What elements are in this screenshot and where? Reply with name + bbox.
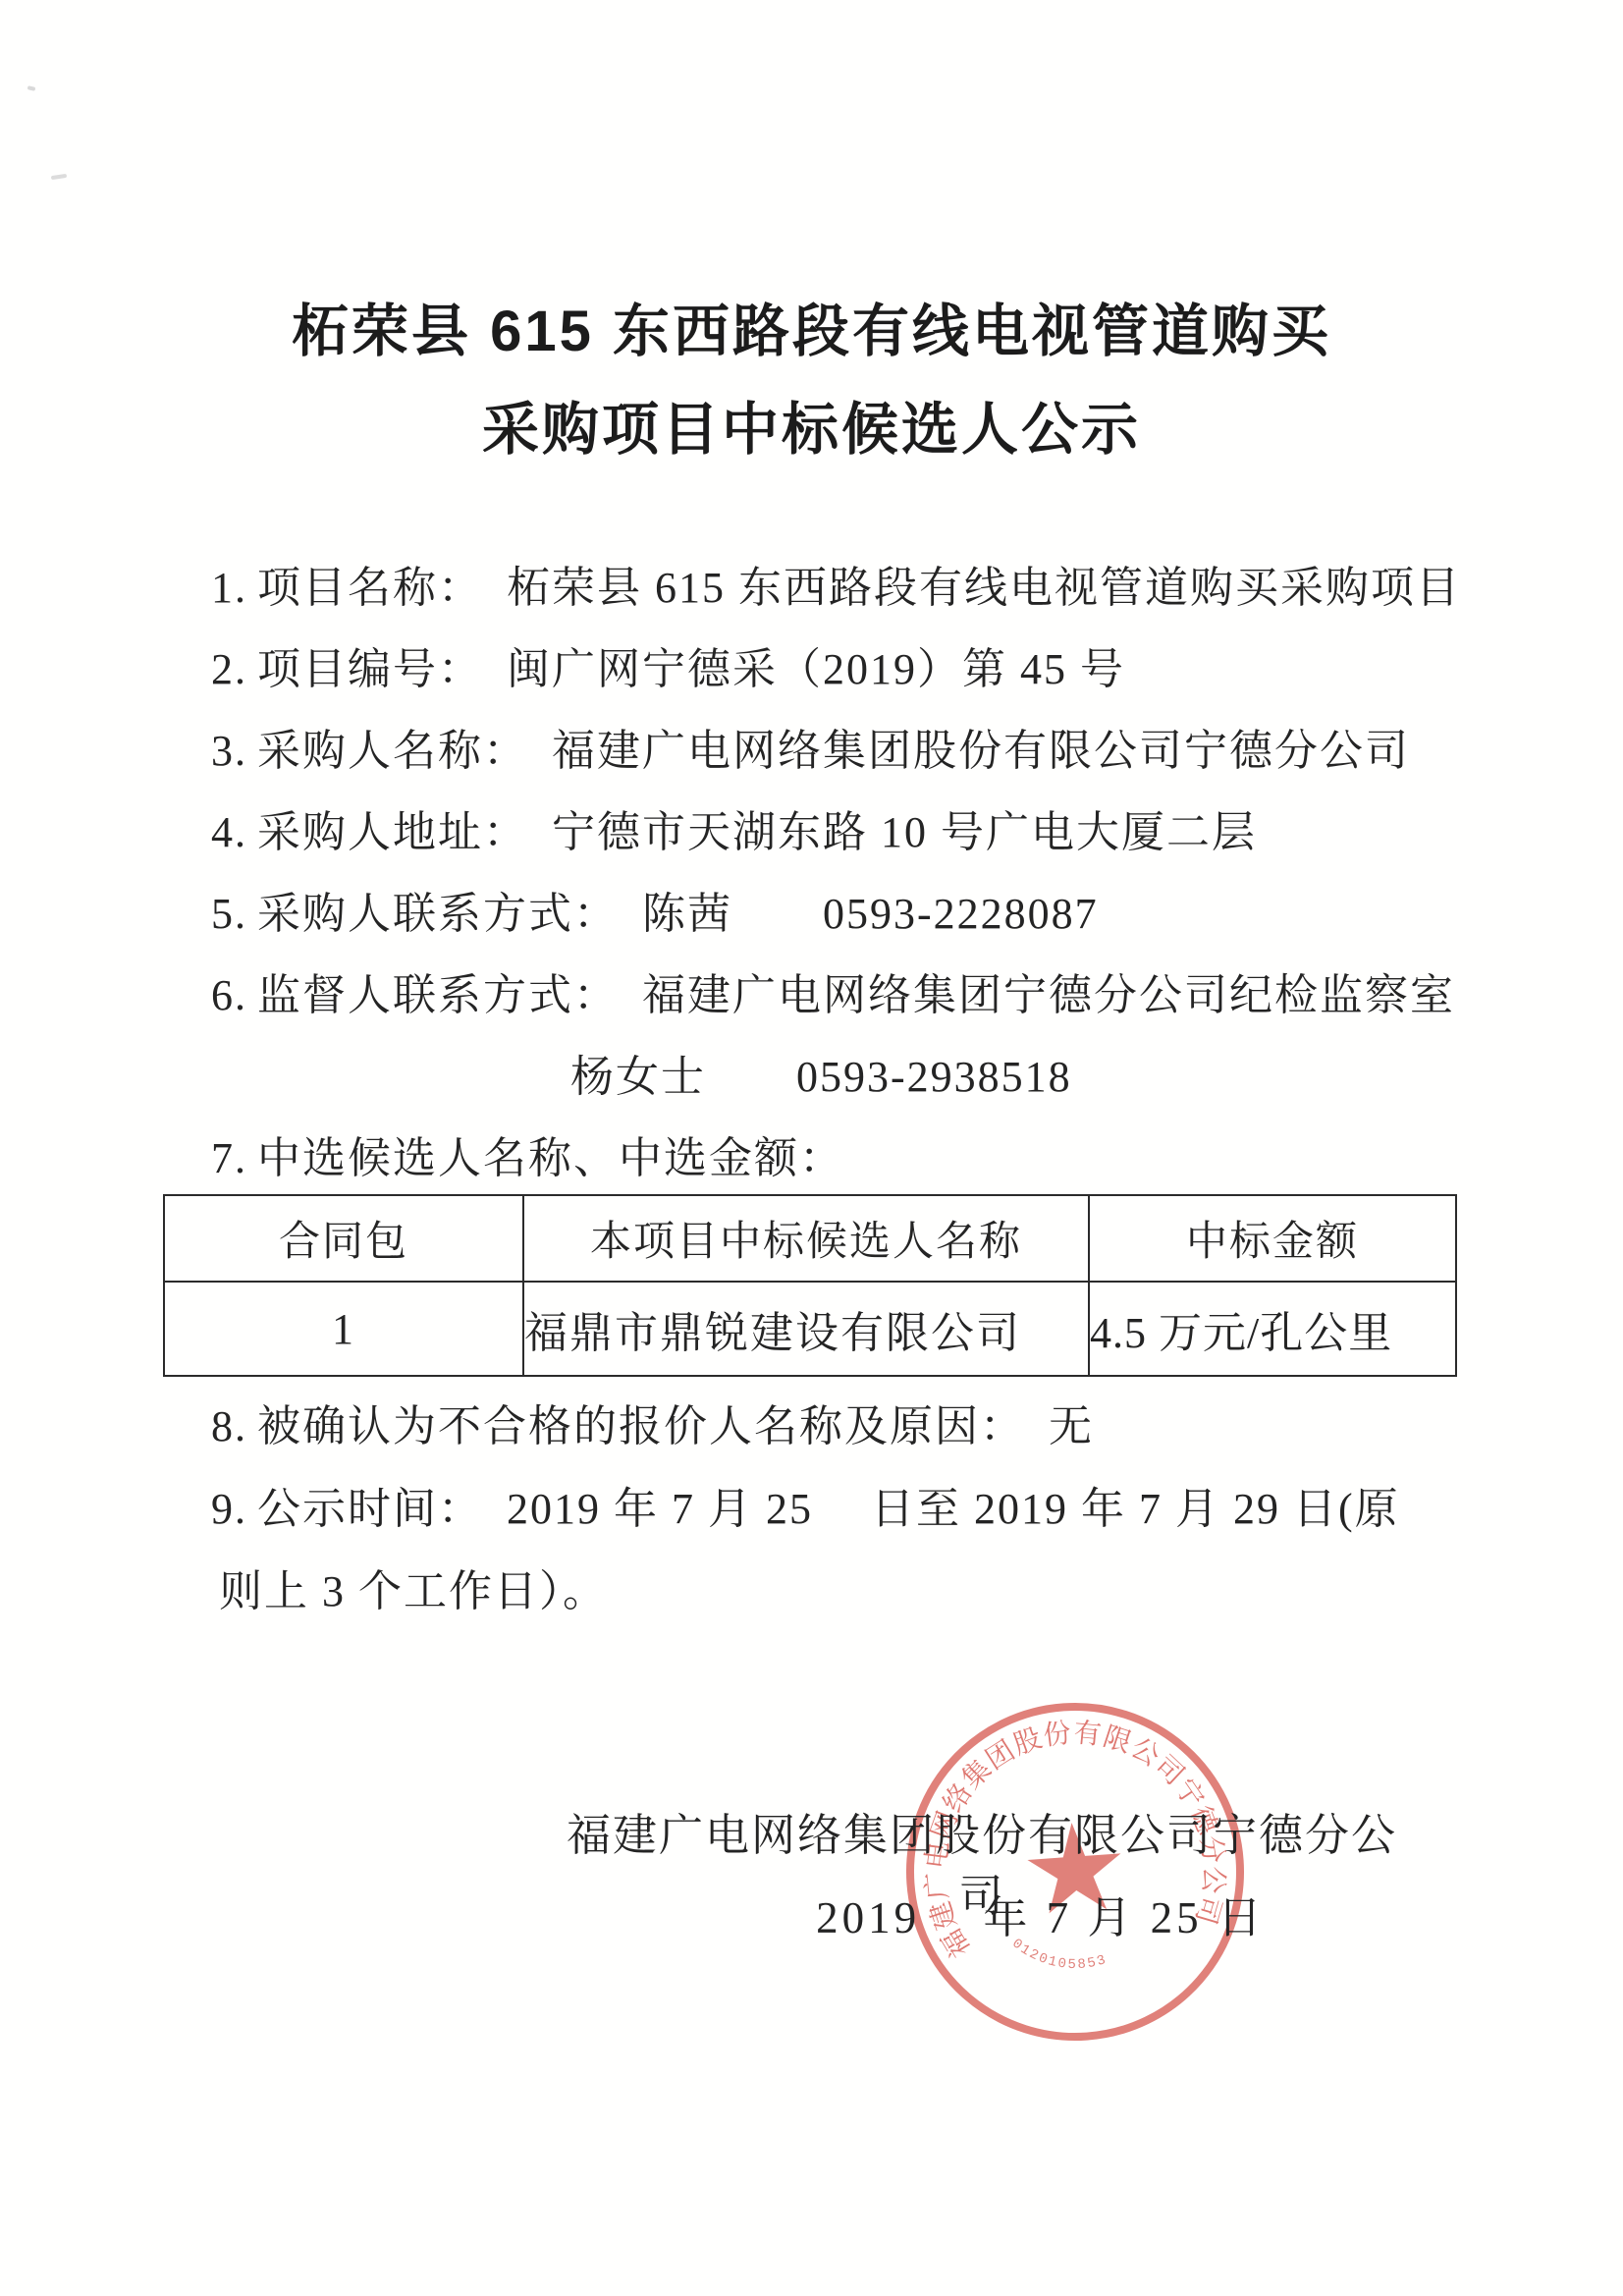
- item-text: 被确认为不合格的报价人名称及原因： 无: [257, 1402, 1094, 1450]
- scan-artifact: [27, 85, 36, 91]
- document-title: 柘荣县 615 东西路段有线电视管道购买 采购项目中标候选人公示: [0, 283, 1623, 479]
- supervisor-contact: 杨女士 0593-2938518: [570, 1053, 1072, 1101]
- item-number: 6.: [211, 971, 247, 1019]
- list-item-6: 6.监督人联系方式： 福建广电网络集团宁德分公司纪检监察室: [211, 965, 1476, 1026]
- item-number: 1.: [211, 564, 247, 612]
- item-number: 7.: [211, 1134, 247, 1182]
- signature-date: 2019 年 7 月 25 日: [746, 1887, 1335, 1948]
- item-text: 公示时间： 2019 年 7 月 25 日至 2019 年 7 月 29 日(原: [257, 1485, 1400, 1533]
- item-text: 采购人名称： 福建广电网络集团股份有限公司宁德分公司: [257, 727, 1410, 775]
- table-row: 1 福鼎市鼎锐建设有限公司 4.5 万元/孔公里: [164, 1282, 1456, 1376]
- item-number: 4.: [211, 808, 247, 856]
- item-number: 2.: [211, 645, 247, 693]
- item-text: 则上 3 个工作日）。: [219, 1567, 608, 1615]
- header-candidate-name: 本项目中标候选人名称: [523, 1195, 1089, 1282]
- header-award-amount: 中标金额: [1089, 1195, 1456, 1282]
- cell-award-amount: 4.5 万元/孔公里: [1089, 1282, 1456, 1376]
- item-text: 监督人联系方式： 福建广电网络集团宁德分公司纪检监察室: [257, 971, 1455, 1019]
- scan-artifact: [51, 174, 67, 180]
- item-text: 采购人联系方式： 陈茜 0593-2228087: [257, 890, 1099, 938]
- item-number: 8.: [211, 1402, 247, 1450]
- item-list-bottom: 8.被确认为不合格的报价人名称及原因： 无 9.公示时间： 2019 年 7 月…: [211, 1396, 1476, 1644]
- item-list-top: 1.项目名称： 柘荣县 615 东西路段有线电视管道购买采购项目 2.项目编号：…: [211, 558, 1476, 1210]
- award-table: 合同包 本项目中标候选人名称 中标金额 1 福鼎市鼎锐建设有限公司 4.5 万元…: [163, 1194, 1457, 1377]
- header-contract-package: 合同包: [164, 1195, 523, 1282]
- list-item-6-continuation: 杨女士 0593-2938518: [211, 1047, 1476, 1108]
- item-number: 9.: [211, 1485, 247, 1533]
- list-item-1: 1.项目名称： 柘荣县 615 东西路段有线电视管道购买采购项目: [211, 558, 1476, 619]
- item-text: 采购人地址： 宁德市天湖东路 10 号广电大厦二层: [257, 808, 1257, 856]
- list-item-9-continuation: 则上 3 个工作日）。: [211, 1561, 1476, 1622]
- list-item-2: 2.项目编号： 闽广网宁德采（2019）第 45 号: [211, 639, 1476, 700]
- list-item-9: 9.公示时间： 2019 年 7 月 25 日至 2019 年 7 月 29 日…: [211, 1479, 1476, 1540]
- item-number: 5.: [211, 890, 247, 938]
- list-item-8: 8.被确认为不合格的报价人名称及原因： 无: [211, 1396, 1476, 1457]
- cell-candidate-name: 福鼎市鼎锐建设有限公司: [523, 1282, 1089, 1376]
- list-item-7: 7.中选候选人名称、中选金额：: [211, 1128, 1476, 1189]
- item-number: 3.: [211, 727, 247, 775]
- cell-contract-package: 1: [164, 1282, 523, 1376]
- list-item-3: 3.采购人名称： 福建广电网络集团股份有限公司宁德分公司: [211, 721, 1476, 782]
- title-line-2: 采购项目中标候选人公示: [0, 381, 1623, 479]
- item-text: 项目编号： 闽广网宁德采（2019）第 45 号: [257, 645, 1125, 693]
- item-text: 中选候选人名称、中选金额：: [257, 1134, 844, 1182]
- list-item-4: 4.采购人地址： 宁德市天湖东路 10 号广电大厦二层: [211, 802, 1476, 863]
- title-line-1: 柘荣县 615 东西路段有线电视管道购买: [0, 283, 1623, 381]
- document-page: 柘荣县 615 东西路段有线电视管道购买 采购项目中标候选人公示 1.项目名称：…: [0, 0, 1623, 2296]
- item-text: 项目名称： 柘荣县 615 东西路段有线电视管道购买采购项目: [257, 564, 1461, 612]
- list-item-5: 5.采购人联系方式： 陈茜 0593-2228087: [211, 884, 1476, 945]
- table-header-row: 合同包 本项目中标候选人名称 中标金额: [164, 1195, 1456, 1282]
